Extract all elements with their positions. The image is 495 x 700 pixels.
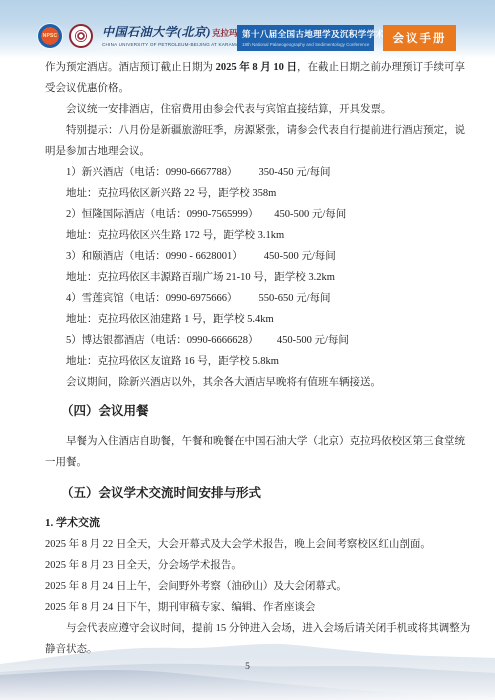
text-line: 3）和颐酒店（电话：0990 - 6628001） 450-500 元/每间 [45, 246, 457, 267]
header-logos: NPSC 中国石油大学(北京)克拉玛依校区 CHINA UNIVERSITY O… [38, 24, 263, 48]
text-line: 5）博达银都酒店（电话：0990-6666628） 450-500 元/每间 [45, 330, 457, 351]
page-number: 5 [0, 662, 495, 672]
university-emblem-icon [69, 24, 93, 48]
text-line: 地址：克拉玛依区友谊路 16 号，距学校 5.8km [45, 351, 457, 372]
conference-title-banner: 第十八届全国古地理学及沉积学学术会议 18th National Palaeog… [237, 25, 374, 51]
conference-title: 第十八届全国古地理学及沉积学学术会议 [242, 28, 369, 40]
text-line: 早餐为入住酒店自助餐，午餐和晚餐在中国石油大学（北京）克拉玛依校区第三食堂统 [45, 431, 457, 452]
text-line: 1）新兴酒店（电话：0990-6667788） 350-450 元/每间 [45, 162, 457, 183]
text-line: 明是参加古地理会议。 [45, 141, 457, 162]
text-line: 2025 年 8 月 22 日全天，大会开幕式及大会学术报告，晚上会间考察校区红… [45, 534, 457, 555]
section-heading: （五）会议学术交流时间安排与形式 [45, 483, 457, 504]
text-line: 地址：克拉玛依区油建路 1 号，距学校 5.4km [45, 309, 457, 330]
text-line: 会议期间，除新兴酒店以外，其余各大酒店早晚将有值班车辆接送。 [45, 372, 457, 393]
section-heading: （四）会议用餐 [45, 401, 457, 422]
text-line: 受会议优惠价格。 [45, 78, 457, 99]
text-line: 2025 年 8 月 24 日上午，会间野外考察（油砂山）及大会闭幕式。 [45, 576, 457, 597]
text-line: 2025 年 8 月 23 日全天，分会场学术报告。 [45, 555, 457, 576]
text-line: 会议统一安排酒店，住宿费用由参会代表与宾馆直接结算，开具发票。 [45, 99, 457, 120]
university-name: 中国石油大学(北京) [102, 25, 211, 39]
document-body: 作为预定酒店。酒店预订截止日期为 2025 年 8 月 10 日，在截止日期之前… [45, 57, 457, 660]
text-line: 2）恒隆国际酒店（电话：0990-7565999） 450-500 元/每间 [45, 204, 457, 225]
npsc-logo-icon: NPSC [38, 24, 62, 48]
text-line: 地址：克拉玛依区新兴路 22 号，距学校 358m [45, 183, 457, 204]
text-line: 作为预定酒店。酒店预订截止日期为 2025 年 8 月 10 日，在截止日期之前… [45, 57, 457, 78]
section-heading: 1. 学术交流 [45, 513, 457, 534]
handbook-badge: 会议手册 [383, 25, 456, 51]
conference-title-en: 18th National Palaeogeography and Sedime… [242, 42, 369, 47]
handbook-page: NPSC 中国石油大学(北京)克拉玛依校区 CHINA UNIVERSITY O… [0, 0, 495, 700]
text-line: 地址：克拉玛依区兴生路 172 号，距学校 3.1km [45, 225, 457, 246]
text-line: 特别提示：八月份是新疆旅游旺季，房源紧张，请参会代表自行提前进行酒店预定，说 [45, 120, 457, 141]
text-line: 一用餐。 [45, 452, 457, 473]
university-emblem-core [75, 30, 87, 42]
npsc-logo-label: NPSC [43, 33, 58, 39]
text-line: 地址：克拉玛依区丰源路百瑞广场 21-10 号，距学校 3.2km [45, 267, 457, 288]
text-line: 2025 年 8 月 24 日下午，期刊审稿专家、编辑、作者座谈会 [45, 597, 457, 618]
text-line: 4）雪莲宾馆（电话：0990-6975666） 550-650 元/每间 [45, 288, 457, 309]
